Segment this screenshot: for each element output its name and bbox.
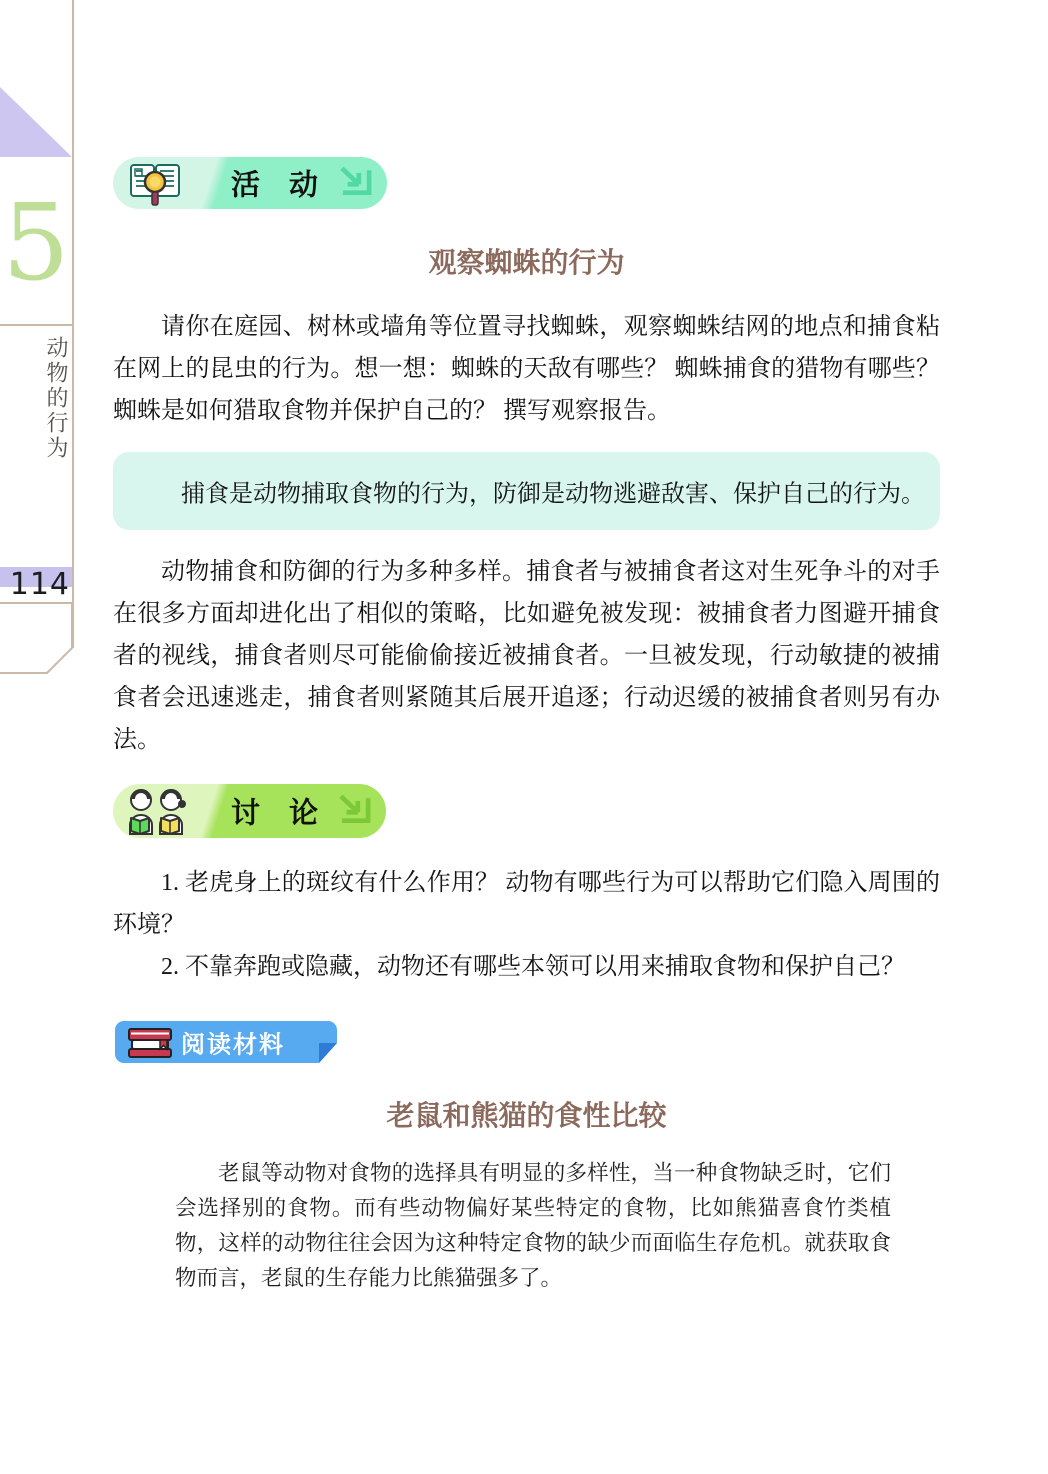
book-stack-icon — [127, 1025, 173, 1064]
definition-highlight-box: 捕食是动物捕取食物的行为，防御是动物逃避敌害、保护自己的行为。 — [113, 452, 940, 530]
discussion-question-2: 2. 不靠奔跑或隐藏，动物还有哪些本领可以用来捕取食物和保护自己？ — [113, 946, 940, 988]
readers-icon — [124, 787, 190, 840]
page-number: 114 — [0, 568, 70, 602]
discussion-banner: 讨 论 — [113, 784, 386, 838]
discussion-question-list: 1. 老虎身上的斑纹有什么作用？ 动物有哪些行为可以帮助它们隐入周围的环境？ 2… — [113, 862, 940, 988]
activity-intro-paragraph: 请你在庭园、树林或墙角等位置寻找蜘蛛，观察蜘蛛结网的地点和捕食粘在网上的昆虫的行… — [113, 306, 940, 432]
chapter-number: 5 — [0, 181, 72, 305]
discussion-banner-label: 讨 论 — [231, 791, 318, 832]
reading-title: 老鼠和熊猫的食性比较 — [113, 1096, 940, 1136]
reading-banner-label: 阅读材料 — [181, 1025, 285, 1060]
reading-material-banner: 阅读材料 — [115, 1021, 337, 1063]
chapter-title-vertical: 动物的行为 — [41, 336, 72, 461]
sidebar-rule — [0, 324, 72, 326]
reading-body-paragraph: 老鼠等动物对食物的选择具有明显的多样性，当一种食物缺乏时，它们会选择别的食物。而… — [175, 1156, 891, 1296]
corner-triangle-decoration — [0, 87, 72, 157]
arrow-down-right-icon — [336, 794, 374, 829]
activity-banner-label: 活 动 — [231, 163, 318, 204]
activity-body-paragraph: 动物捕食和防御的行为多种多样。捕食者与被捕食者这对生死争斗的对手在很多方面却进化… — [113, 551, 940, 761]
discussion-question-1: 1. 老虎身上的斑纹有什么作用？ 动物有哪些行为可以帮助它们隐入周围的环境？ — [113, 862, 940, 946]
sidebar-divider-line — [72, 0, 74, 648]
sidebar-corner-outline — [0, 602, 76, 681]
activity-title: 观察蜘蛛的行为 — [113, 243, 940, 283]
arrow-down-right-icon — [337, 166, 375, 201]
activity-banner: 活 动 — [113, 157, 387, 209]
page-fold-icon — [311, 1041, 337, 1063]
book-magnifier-icon — [128, 161, 182, 212]
definition-text: 捕食是动物捕取食物的行为，防御是动物逃避敌害、保护自己的行为。 — [181, 474, 925, 509]
